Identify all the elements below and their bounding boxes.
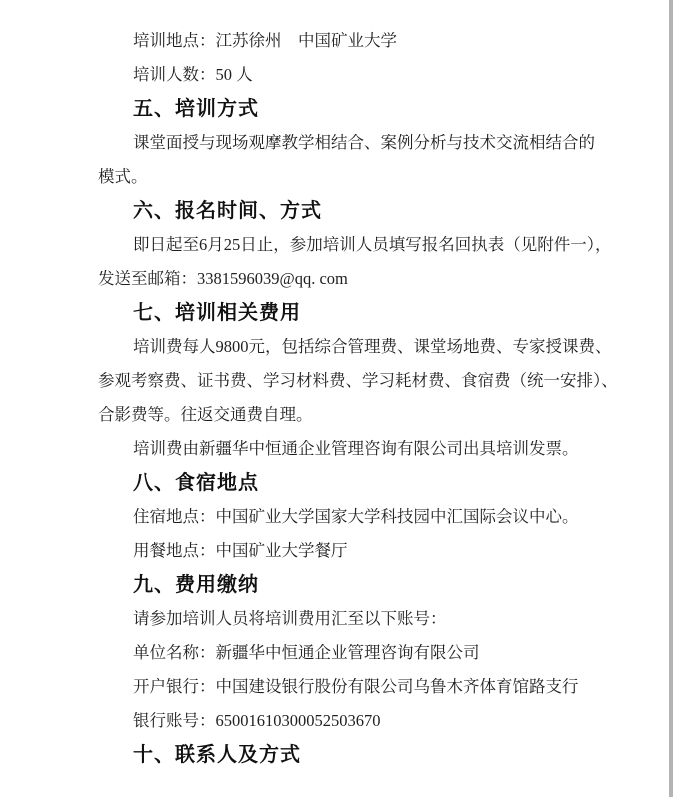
page-edge-divider	[669, 0, 673, 797]
paragraph-line: 参观考察费、证书费、学习材料费、学习耗材费、食宿费（统一安排）、	[98, 364, 643, 398]
section-heading: 五、培训方式	[98, 92, 643, 126]
section-heading: 八、食宿地点	[98, 466, 643, 500]
paragraph-line: 课堂面授与现场观摩教学相结合、案例分析与技术交流相结合的	[98, 126, 643, 160]
paragraph-line: 请参加培训人员将培训费用汇至以下账号：	[98, 602, 643, 636]
document-body: 培训地点：江苏徐州 中国矿业大学培训人数：50 人五、培训方式课堂面授与现场观摩…	[98, 24, 643, 772]
paragraph-line: 单位名称：新疆华中恒通企业管理咨询有限公司	[98, 636, 643, 670]
paragraph-line: 住宿地点：中国矿业大学国家大学科技园中汇国际会议中心。	[98, 500, 643, 534]
paragraph-line: 培训地点：江苏徐州 中国矿业大学	[98, 24, 643, 58]
paragraph-line: 即日起至6月25日止，参加培训人员填写报名回执表（见附件一），	[98, 228, 643, 262]
paragraph-line: 模式。	[98, 160, 643, 194]
paragraph-line: 合影费等。往返交通费自理。	[98, 398, 643, 432]
paragraph-line: 培训费由新疆华中恒通企业管理咨询有限公司出具培训发票。	[98, 432, 643, 466]
document-page: 培训地点：江苏徐州 中国矿业大学培训人数：50 人五、培训方式课堂面授与现场观摩…	[0, 0, 676, 797]
section-heading: 六、报名时间、方式	[98, 194, 643, 228]
paragraph-line: 银行账号：65001610300052503670	[98, 704, 643, 738]
section-heading: 十、联系人及方式	[98, 738, 643, 772]
paragraph-line: 发送至邮箱：3381596039@qq. com	[98, 262, 643, 296]
paragraph-line: 培训人数：50 人	[98, 58, 643, 92]
paragraph-line: 培训费每人9800元，包括综合管理费、课堂场地费、专家授课费、	[98, 330, 643, 364]
section-heading: 九、费用缴纳	[98, 568, 643, 602]
paragraph-line: 用餐地点：中国矿业大学餐厅	[98, 534, 643, 568]
section-heading: 七、培训相关费用	[98, 296, 643, 330]
paragraph-line: 开户银行：中国建设银行股份有限公司乌鲁木齐体育馆路支行	[98, 670, 643, 704]
